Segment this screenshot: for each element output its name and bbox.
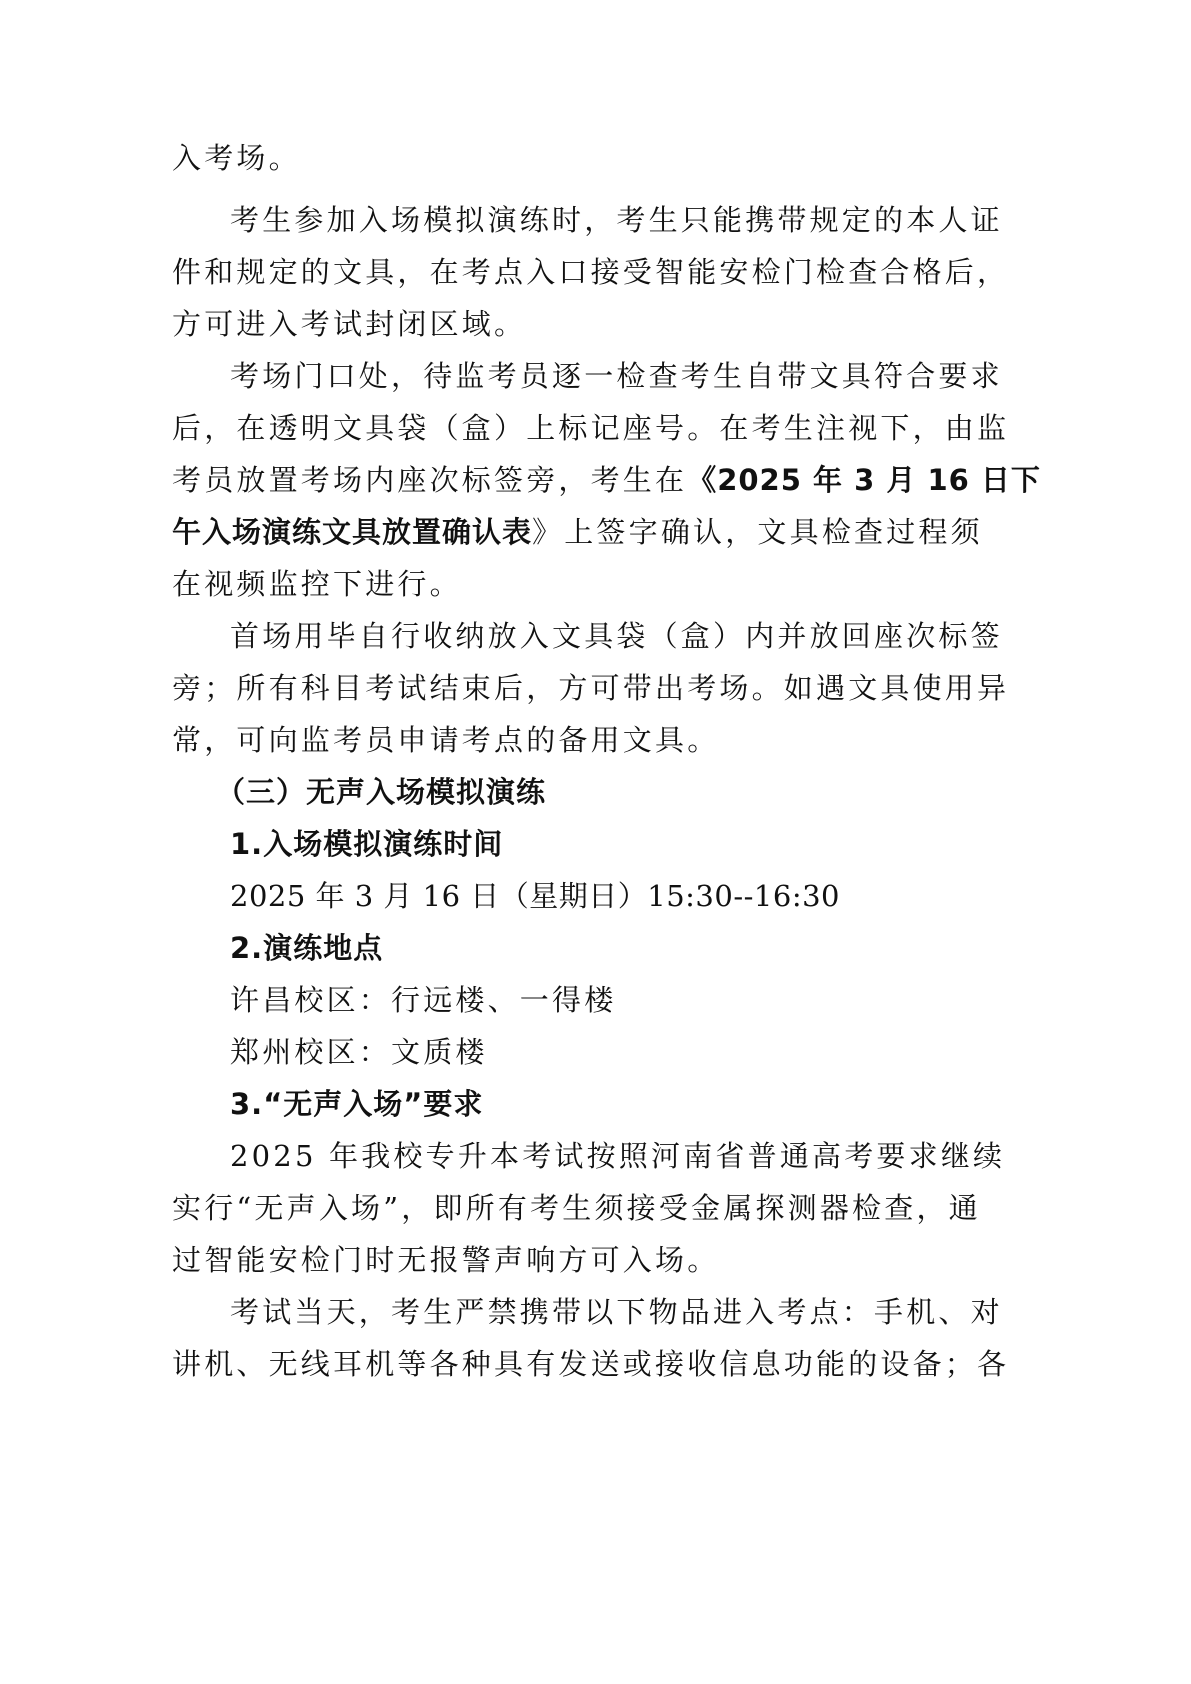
paragraph-line: 在视频监控下进行。	[172, 564, 462, 604]
drill-time: 2025 年 3 月 16 日（星期日）15:30--16:30	[230, 876, 840, 916]
paragraph-line: 考场门口处，待监考员逐一检查考生自带文具符合要求	[230, 356, 1003, 396]
subsection-heading: 1.入场模拟演练时间	[230, 824, 503, 864]
paragraph-line: 件和规定的文具，在考点入口接受智能安检门检查合格后，	[172, 252, 1009, 292]
form-title-bold: 午入场演练文具放置确认表	[172, 515, 532, 549]
paragraph-line: 2025 年我校专升本考试按照河南省普通高考要求继续	[230, 1136, 1005, 1176]
form-title-bold: 《2025 年 3 月 16 日下	[687, 463, 1041, 497]
section-heading: （三）无声入场模拟演练	[216, 772, 546, 812]
text-run: 》上签字确认，文具检查过程须	[532, 515, 983, 549]
paragraph-line: 首场用毕自行收纳放入文具袋（盒）内并放回座次标签	[230, 616, 1003, 656]
paragraph-line: 考生参加入场模拟演练时，考生只能携带规定的本人证	[230, 200, 1003, 240]
paragraph-line: 入考场。	[172, 138, 301, 178]
paragraph-line: 考试当天，考生严禁携带以下物品进入考点：手机、对	[230, 1292, 1003, 1332]
location-zhengzhou: 郑州校区：文质楼	[230, 1032, 488, 1072]
subsection-heading: 2.演练地点	[230, 928, 383, 968]
paragraph-line: 考员放置考场内座次标签旁，考生在《2025 年 3 月 16 日下	[172, 460, 1041, 500]
paragraph-line: 方可进入考试封闭区域。	[172, 304, 526, 344]
location-xuchang: 许昌校区：行远楼、一得楼	[230, 980, 616, 1020]
text-run: 考员放置考场内座次标签旁，考生在	[172, 463, 687, 497]
paragraph-line: 讲机、无线耳机等各种具有发送或接收信息功能的设备；各	[172, 1344, 1009, 1384]
paragraph-line: 实行“无声入场”，即所有考生须接受金属探测器检查，通	[172, 1188, 981, 1228]
paragraph-line: 常，可向监考员申请考点的备用文具。	[172, 720, 719, 760]
paragraph-line: 过智能安检门时无报警声响方可入场。	[172, 1240, 719, 1280]
paragraph-line: 午入场演练文具放置确认表》上签字确认，文具检查过程须	[172, 512, 983, 552]
paragraph-line: 后，在透明文具袋（盒）上标记座号。在考生注视下，由监	[172, 408, 1009, 448]
paragraph-line: 旁；所有科目考试结束后，方可带出考场。如遇文具使用异	[172, 668, 1009, 708]
subsection-heading: 3.“无声入场”要求	[230, 1084, 483, 1124]
